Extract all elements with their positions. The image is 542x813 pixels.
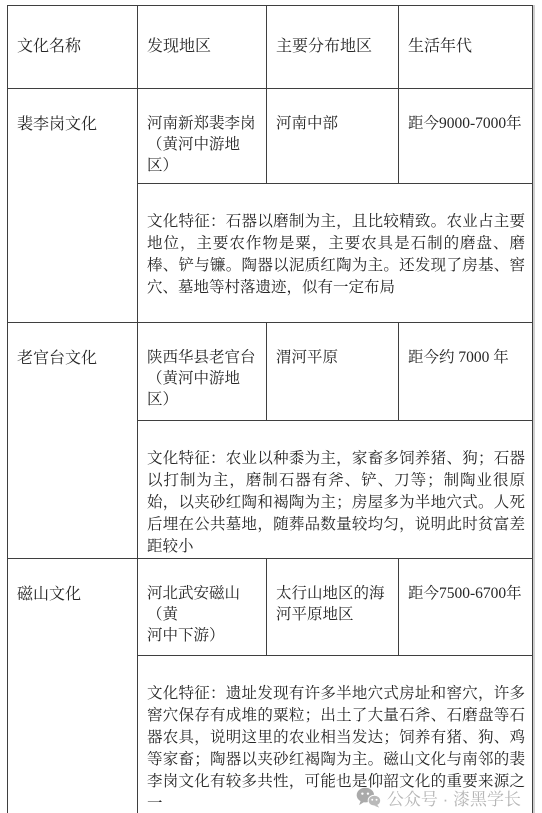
header-row: 文化名称 发现地区 主要分布地区 生活年代	[8, 6, 533, 89]
cultures-table: 文化名称 发现地区 主要分布地区 生活年代 裴李岗文化 河南新郑裴李岗 （黄河中…	[7, 5, 533, 813]
discovery-region: 河南新郑裴李岗 （黄河中游地区）	[138, 89, 267, 184]
discovery-region: 陕西华县老官台 （黄河中游地区）	[138, 323, 267, 421]
era: 距今9000-7000年	[399, 89, 533, 184]
column-header-culture-name: 文化名称	[8, 6, 138, 89]
distribution-region: 渭河平原	[267, 323, 399, 421]
era: 距今7500-6700年	[399, 559, 533, 656]
culture-row-cishan-info: 磁山文化 河北武安磁山（黄 河中下游） 太行山地区的海 河平原地区 距今7500…	[8, 559, 533, 656]
culture-name: 磁山文化	[8, 559, 138, 813]
distribution-region: 太行山地区的海 河平原地区	[267, 559, 399, 656]
watermark: 公众号 · 漆黑学长	[356, 785, 521, 810]
column-header-discovery-region: 发现地区	[138, 6, 267, 89]
column-header-distribution-region: 主要分布地区	[267, 6, 399, 89]
column-header-era: 生活年代	[399, 6, 533, 89]
era: 距今约 7000 年	[399, 323, 533, 421]
wechat-icon	[356, 787, 381, 808]
culture-row-peiligang-info: 裴李岗文化 河南新郑裴李岗 （黄河中游地区） 河南中部 距今9000-7000年	[8, 89, 533, 184]
culture-row-laoguantai-info: 老官台文化 陕西华县老官台 （黄河中游地区） 渭河平原 距今约 7000 年	[8, 323, 533, 421]
distribution-region: 河南中部	[267, 89, 399, 184]
culture-features: 文化特征：石器以磨制为主，且比较精致。农业占主要地位，主要农作物是粟，主要农具是…	[138, 184, 533, 323]
discovery-region: 河北武安磁山（黄 河中下游）	[138, 559, 267, 656]
culture-name: 裴李岗文化	[8, 89, 138, 323]
culture-name: 老官台文化	[8, 323, 138, 559]
watermark-text: 公众号 · 漆黑学长	[387, 785, 521, 810]
culture-features: 文化特征：农业以种黍为主，家畜多饲养猪、狗；石器以打制为主，磨制石器有斧、铲、刀…	[138, 421, 533, 559]
